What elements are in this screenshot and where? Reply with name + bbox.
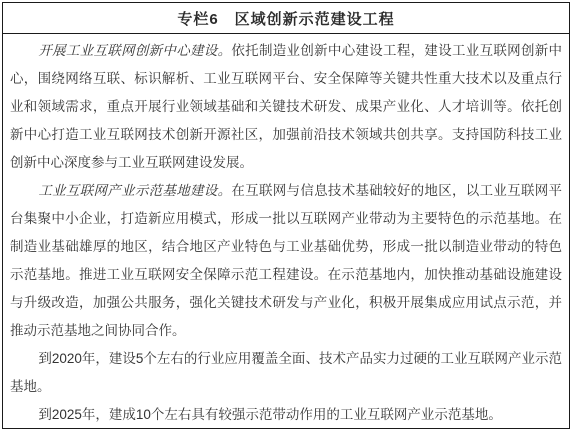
callout-box-body: 开展工业互联网创新中心建设。依托制造业创新中心建设工程，建设工业互联网创新中心，… <box>3 34 569 429</box>
callout-box: 专栏6 区域创新示范建设工程 开展工业互联网创新中心建设。依托制造业创新中心建设… <box>2 2 570 429</box>
document-page: 专栏6 区域创新示范建设工程 开展工业互联网创新中心建设。依托制造业创新中心建设… <box>0 0 572 431</box>
paragraph-demo-base: 工业互联网产业示范基地建设。在互联网与信息技术基础较好的地区，以工业互联网平台集… <box>10 177 562 345</box>
paragraph-goal-2020: 到2020年，建设5个左右的行业应用覆盖全面、技术产品实力过硬的工业互联网产业示… <box>10 345 562 401</box>
callout-box-header: 专栏6 区域创新示范建设工程 <box>3 3 569 34</box>
paragraph-text: 在互联网与信息技术基础较好的地区，以工业互联网平台集聚中小企业，打造新应用模式，… <box>10 183 562 338</box>
paragraph-text: 依托制造业创新中心建设工程，建设工业互联网创新中心，围绕网络互联、标识解析、工业… <box>10 43 562 170</box>
paragraph-text: 到2025年，建成10个左右具有较强示范带动作用的工业互联网产业示范基地。 <box>38 407 502 422</box>
paragraph-innovation-center: 开展工业互联网创新中心建设。依托制造业创新中心建设工程，建设工业互联网创新中心，… <box>10 37 562 177</box>
paragraph-lead: 工业互联网产业示范基地建设。 <box>38 183 231 198</box>
box-title: 专栏6 区域创新示范建设工程 <box>177 8 394 29</box>
paragraph-text: 到2020年，建设5个左右的行业应用覆盖全面、技术产品实力过硬的工业互联网产业示… <box>10 351 562 394</box>
paragraph-goal-2025: 到2025年，建成10个左右具有较强示范带动作用的工业互联网产业示范基地。 <box>10 401 562 429</box>
paragraph-lead: 开展工业互联网创新中心建设。 <box>38 43 231 58</box>
